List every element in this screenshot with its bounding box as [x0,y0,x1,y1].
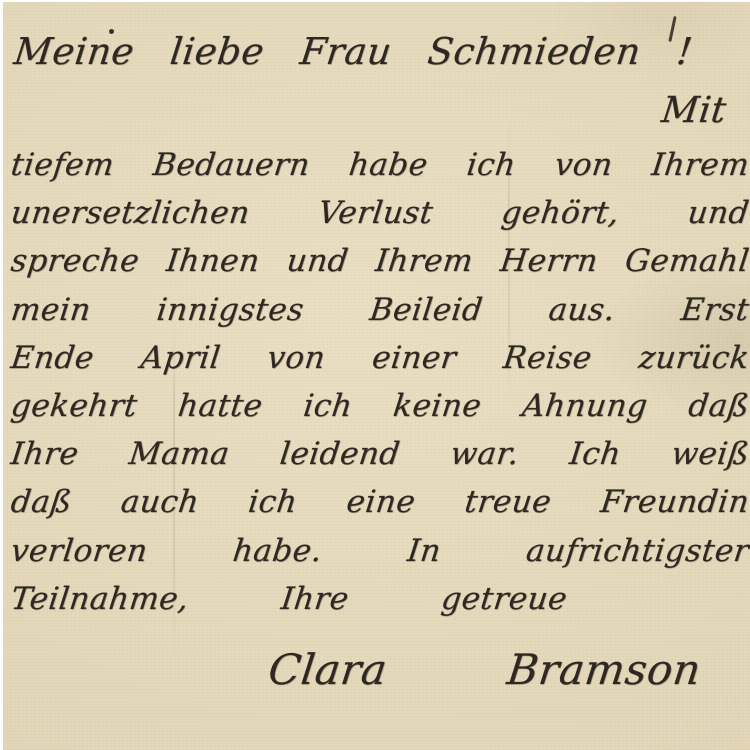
letter-line: Ende April von einer Reise zurück [8,335,750,383]
letter-scan: Meine liebe Frau Schmieden ! Mit tiefem … [0,0,750,750]
letter-line: gekehrt hatte ich keine Ahnung daß [8,383,750,431]
letter-line: mein innigstes Beileid aus. Erst [8,287,750,335]
letter-body: tiefem Bedauern habe ich von Ihrem uners… [8,142,750,624]
letter-line: unersetzlichen Verlust gehört, und [8,190,750,238]
letter-greeting: Meine liebe Frau Schmieden ! [11,26,695,78]
letter-signature: Clara Bramson [265,640,704,700]
letter-line: spreche Ihnen und Ihrem Herrn Gemahl [8,238,750,286]
letter-paper: Meine liebe Frau Schmieden ! Mit tiefem … [3,2,750,750]
letter-line: Ihre Mama leidend war. Ich weiß [8,431,750,479]
letter-line: tiefem Bedauern habe ich von Ihrem [8,142,750,190]
letter-line: Teilnahme, Ihre getreue [8,576,570,624]
letter-line: verloren habe. In aufrichtigster [8,528,750,576]
letter-line: daß auch ich eine treue Freundin [8,479,750,527]
letter-opening-word: Mit [623,86,729,136]
